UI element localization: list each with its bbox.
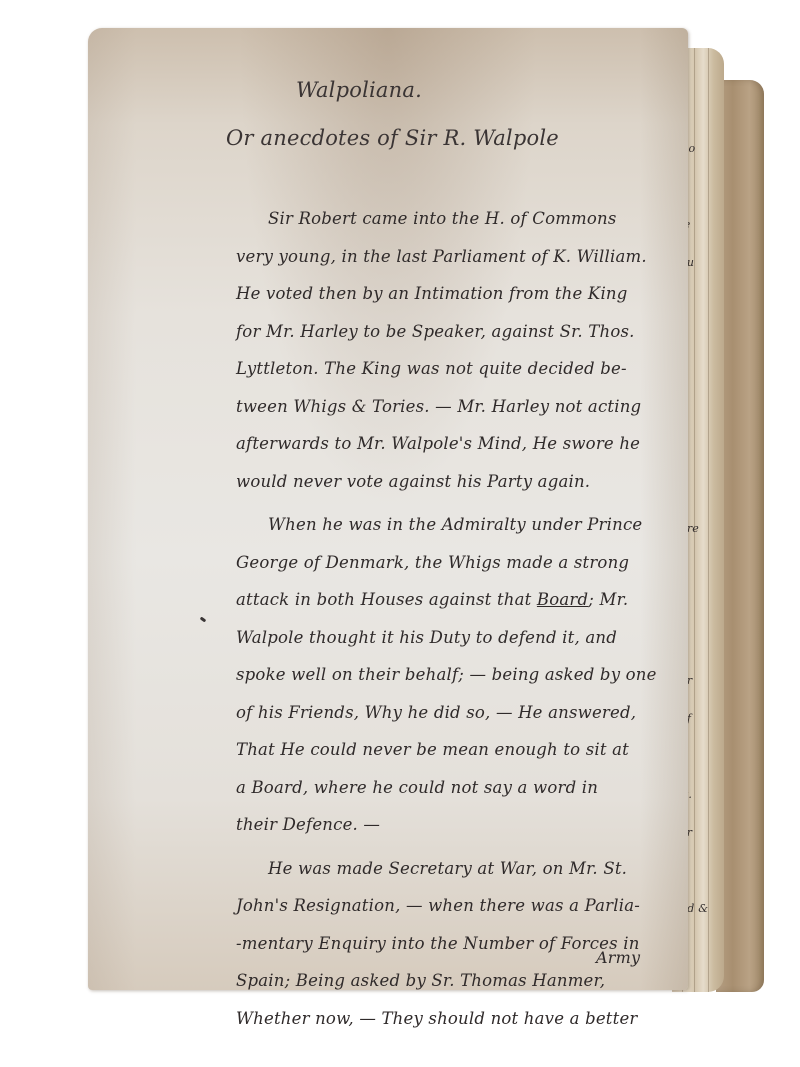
page-title: Walpoliana. bbox=[296, 78, 422, 102]
text-line: That He could never be mean enough to si… bbox=[236, 731, 676, 769]
text-line: Whether now, — They should not have a be… bbox=[236, 1000, 676, 1038]
text-line: Walpole thought it his Duty to defend it… bbox=[236, 619, 676, 657]
text-line: for Mr. Harley to be Speaker, against Sr… bbox=[236, 313, 676, 351]
text-line: spoke well on their behalf; — being aske… bbox=[236, 656, 676, 694]
text-line: a Board, where he could not say a word i… bbox=[236, 769, 676, 807]
text-line: Sir Robert came into the H. of Commons bbox=[236, 200, 676, 238]
text-line: When he was in the Admiralty under Princ… bbox=[236, 506, 676, 544]
page-subtitle: Or anecdotes of Sir R. Walpole bbox=[226, 126, 559, 150]
text-line: very young, in the last Parliament of K.… bbox=[236, 238, 676, 276]
text-line: would never vote against his Party again… bbox=[236, 463, 676, 501]
text-line: of his Friends, Why he did so, — He answ… bbox=[236, 694, 676, 732]
text-line-with-underline: attack in both Houses against that Board… bbox=[236, 581, 676, 619]
text-line: John's Resignation, — when there was a P… bbox=[236, 887, 676, 925]
text-line: Lyttleton. The King was not quite decide… bbox=[236, 350, 676, 388]
text-line: their Defence. — bbox=[236, 806, 676, 844]
text-line: tween Whigs & Tories. — Mr. Harley not a… bbox=[236, 388, 676, 426]
underlined-word: Board bbox=[537, 590, 588, 609]
catchword: Army bbox=[596, 948, 640, 967]
text-line: Spain; Being asked by Sr. Thomas Hanmer, bbox=[236, 962, 676, 1000]
manuscript-body: Sir Robert came into the H. of Commons v… bbox=[236, 200, 676, 1037]
text-line: He voted then by an Intimation from the … bbox=[236, 275, 676, 313]
ink-mark bbox=[200, 617, 207, 623]
text-line: George of Denmark, the Whigs made a stro… bbox=[236, 544, 676, 582]
text-line: afterwards to Mr. Walpole's Mind, He swo… bbox=[236, 425, 676, 463]
manuscript-page: Walpoliana. Or anecdotes of Sir R. Walpo… bbox=[88, 28, 688, 990]
text-line: He was made Secretary at War, on Mr. St. bbox=[236, 850, 676, 888]
